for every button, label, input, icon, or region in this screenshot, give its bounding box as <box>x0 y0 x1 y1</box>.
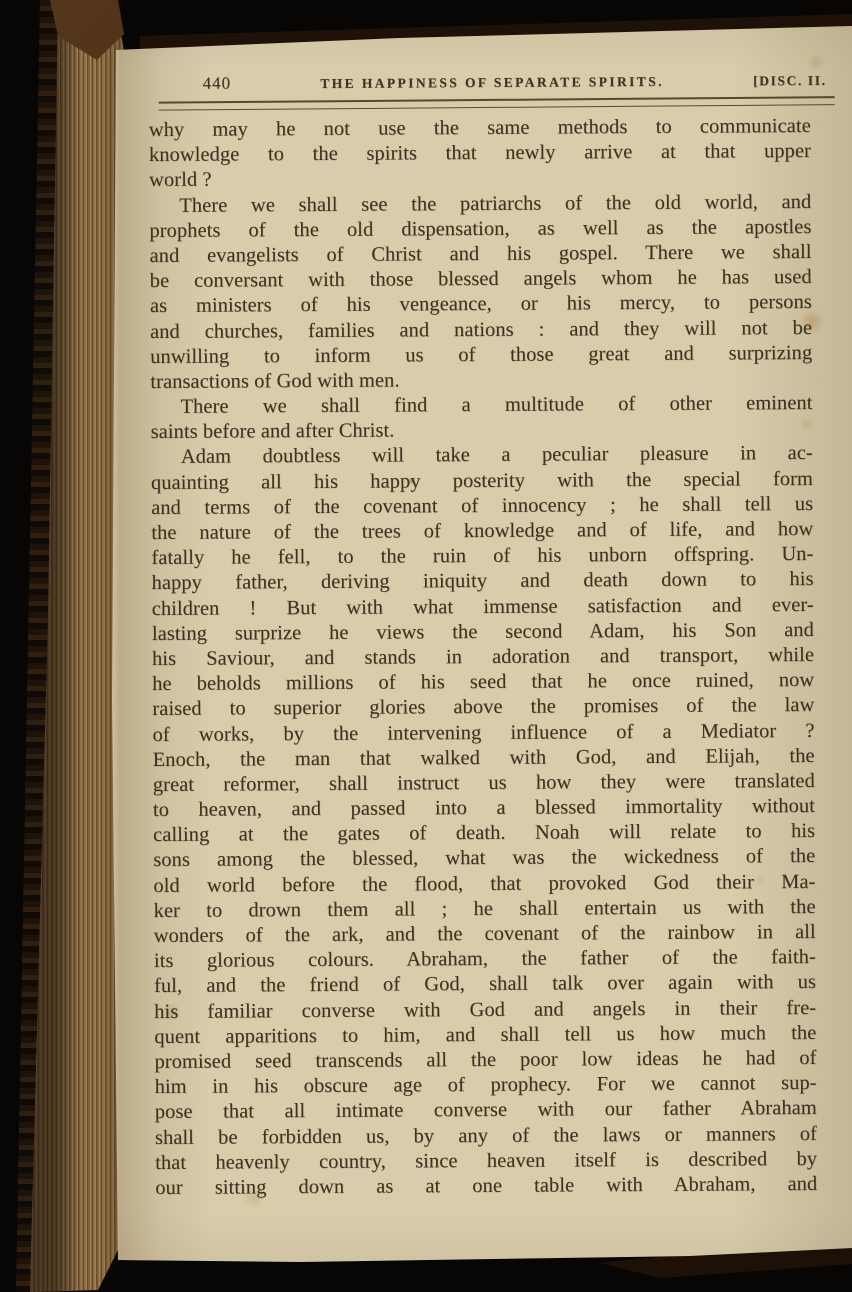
text-line: There we shall see the patriarchs of the… <box>149 190 811 219</box>
running-title: THE HAPPINESS OF SEPARATE SPIRITS. <box>231 73 753 92</box>
text-line: unwilling to inform us of those great an… <box>150 341 812 370</box>
text-line: quainting all his happy posterity with t… <box>151 467 813 496</box>
text-line: sons among the blessed, what was the wic… <box>153 844 815 873</box>
text-line: that heavenly country, since heaven itse… <box>155 1147 817 1176</box>
book-page-photo: 440 THE HAPPINESS OF SEPARATE SPIRITS. [… <box>0 0 852 1292</box>
text-line: happy father, deriving iniquity and deat… <box>152 567 814 596</box>
text-line: Adam doubtless will take a peculiar plea… <box>151 441 813 470</box>
text-line: our sitting down as at one table with Ab… <box>155 1172 817 1201</box>
page-number: 440 <box>162 74 231 94</box>
printed-content: 440 THE HAPPINESS OF SEPARATE SPIRITS. [… <box>148 0 818 1292</box>
text-line: his familiar converse with God and angel… <box>154 996 816 1025</box>
text-line: ful, and the friend of God, shall talk o… <box>154 970 816 999</box>
text-line: lasting surprize he views the second Ada… <box>152 618 814 647</box>
text-line: of works, by the intervening influence o… <box>152 718 814 747</box>
text-line: There we shall find a multitude of other… <box>150 391 812 420</box>
text-line: old world before the flood, that provoke… <box>153 870 815 899</box>
header-rule <box>159 96 835 111</box>
text-line: as ministers of his vengeance, or his me… <box>150 290 812 319</box>
text-line: knowledge to the spirits that newly arri… <box>149 139 811 168</box>
text-line: Enoch, the man that walked with God, and… <box>153 744 815 773</box>
running-header: 440 THE HAPPINESS OF SEPARATE SPIRITS. [… <box>162 70 826 94</box>
text-line: and churches, families and nations : and… <box>150 315 812 344</box>
text-line: shall be forbidden us, by any of the law… <box>155 1121 817 1150</box>
section-label: [DISC. II. <box>753 73 826 89</box>
body-text: why may he not use the same methods to c… <box>149 114 818 1201</box>
text-line: pose that all intimate converse with our… <box>155 1096 817 1125</box>
text-line: children ! But with what immense satisfa… <box>152 593 814 622</box>
text-line: raised to superior glories above the pro… <box>152 693 814 722</box>
